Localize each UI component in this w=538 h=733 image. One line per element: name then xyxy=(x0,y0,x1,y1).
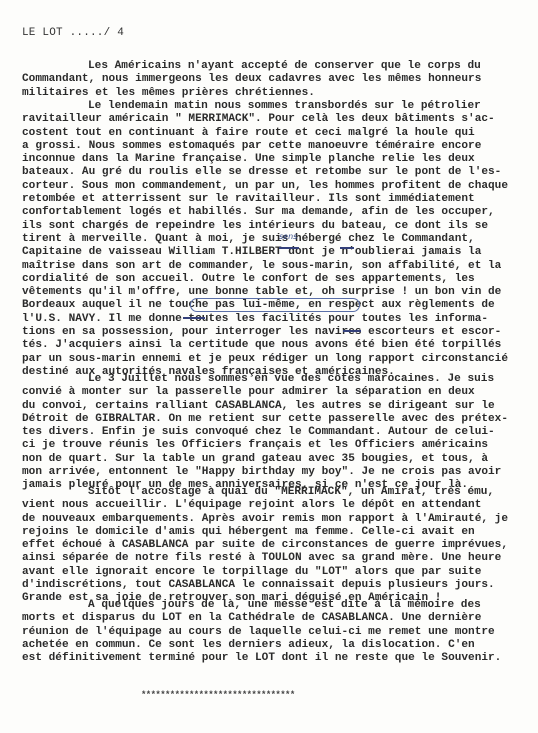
handwritten-correction: sens xyxy=(279,232,297,241)
text-line: tés. J'acquiers ainsi la certitude que n… xyxy=(22,339,522,352)
text-line: effet échoué à CASABLANCA par suite de c… xyxy=(22,539,522,552)
text-line: Détroit de GIBRALTAR. On me retient sur … xyxy=(22,413,522,426)
paragraph-3: Le 3 Juillet nous sommes en vue des côte… xyxy=(22,373,522,493)
text-line: non de quart. Sur la table un grand gate… xyxy=(22,453,522,466)
text-line: achetée en commun. Ce sont les derniers … xyxy=(22,639,522,652)
text-line: d'indiscrétions, tout CASABLANCA le conn… xyxy=(22,579,522,592)
text-line: est définitivement terminé pour le LOT d… xyxy=(22,652,522,665)
page-header: LE LOT ...../ 4 xyxy=(22,27,124,39)
paragraph-2: Le lendemain matin nous sommes transbord… xyxy=(22,100,522,379)
typewritten-page: LE LOT ...../ 4 Les Américains n'ayant a… xyxy=(0,0,538,733)
paragraph-5: A quelques jours de là, une messe est di… xyxy=(22,599,522,665)
ink-strikethrough-son xyxy=(340,247,354,249)
ink-strikethrough-ete xyxy=(343,330,361,332)
text-line: ravitailleur américain " MERRIMACK". Pou… xyxy=(22,113,522,126)
text-line: ils sont chargés de repeindre les intéri… xyxy=(22,220,522,233)
text-line: vient nous accueillir. L'équipage rejoin… xyxy=(22,499,522,512)
text-line: réunion de l'équipage au cours de laquel… xyxy=(22,626,522,639)
ink-strikethrough-pour xyxy=(183,317,205,319)
text-line: Sitôt l'accostage à quai du "MERRIMACK",… xyxy=(22,486,522,499)
section-separator: ******************************** xyxy=(141,690,295,700)
text-line: Capitaine de vaisseau William T.HILBERT … xyxy=(22,246,522,259)
text-line: ci je trouve réunis les Officiers frança… xyxy=(22,439,522,452)
text-line: avant elle ignorait encore le torpillage… xyxy=(22,566,522,579)
text-line: corteur. Sous mon commandement, un par u… xyxy=(22,180,522,193)
text-line: l'U.S. NAVY. Il me donne toutes les faci… xyxy=(22,313,522,326)
text-line: A quelques jours de là, une messe est di… xyxy=(22,599,522,612)
text-line: inconnue dans la Marine française. Une s… xyxy=(22,153,522,166)
text-line: de nouveaux embarquements. Après avoir r… xyxy=(22,513,522,526)
text-line: tirent à merveille. Quant à moi, je suis… xyxy=(22,233,522,246)
ink-circle-annotation xyxy=(190,298,360,312)
text-line: retombée et atterrissent sur le ravitail… xyxy=(22,193,522,206)
text-line: confortablement logés et habillés. Sur m… xyxy=(22,206,522,219)
text-line: Le lendemain matin nous sommes transbord… xyxy=(22,100,522,113)
text-line: ainsi séparée de notre fils resté à TOUL… xyxy=(22,552,522,565)
text-line: morts et disparus du LOT en la Cathédral… xyxy=(22,612,522,625)
text-line: bateaux. Au gré du roulis elle se dresse… xyxy=(22,166,522,179)
text-line: Les Américains n'ayant accepté de conser… xyxy=(22,60,522,73)
text-line: Le 3 Juillet nous sommes en vue des côte… xyxy=(22,373,522,386)
text-line: cordialité de son accueil. Outre le conf… xyxy=(22,273,522,286)
text-line: a grossi. Nous sommes estomaqués par cet… xyxy=(22,140,522,153)
text-line: mon arrivée, entonnent le "Happy birthda… xyxy=(22,466,522,479)
text-line: maîtrise dans son art de commander, le s… xyxy=(22,260,522,273)
paragraph-1: Les Américains n'ayant accepté de conser… xyxy=(22,60,522,100)
text-line: militaires et les mêmes prières chrétien… xyxy=(22,87,522,100)
paragraph-4: Sitôt l'accostage à quai du "MERRIMACK",… xyxy=(22,486,522,606)
text-line: tes divers. Enfin je suis convoqué chez … xyxy=(22,426,522,439)
text-line: tions en sa possession, pour interroger … xyxy=(22,326,522,339)
text-line: du convoi, certains ralliant CASABLANCA,… xyxy=(22,400,522,413)
text-line: Commandant, nous immergeons les deux cad… xyxy=(22,73,522,86)
text-line: rejoins le domicile d'amis qui hébergent… xyxy=(22,526,522,539)
ink-strikethrough-sous xyxy=(279,247,299,249)
text-line: costent tout en continuant à faire route… xyxy=(22,127,522,140)
text-line: convié à monter sur la passerelle pour a… xyxy=(22,386,522,399)
text-line: par un sous-marin ennemi et je peux rédi… xyxy=(22,353,522,366)
